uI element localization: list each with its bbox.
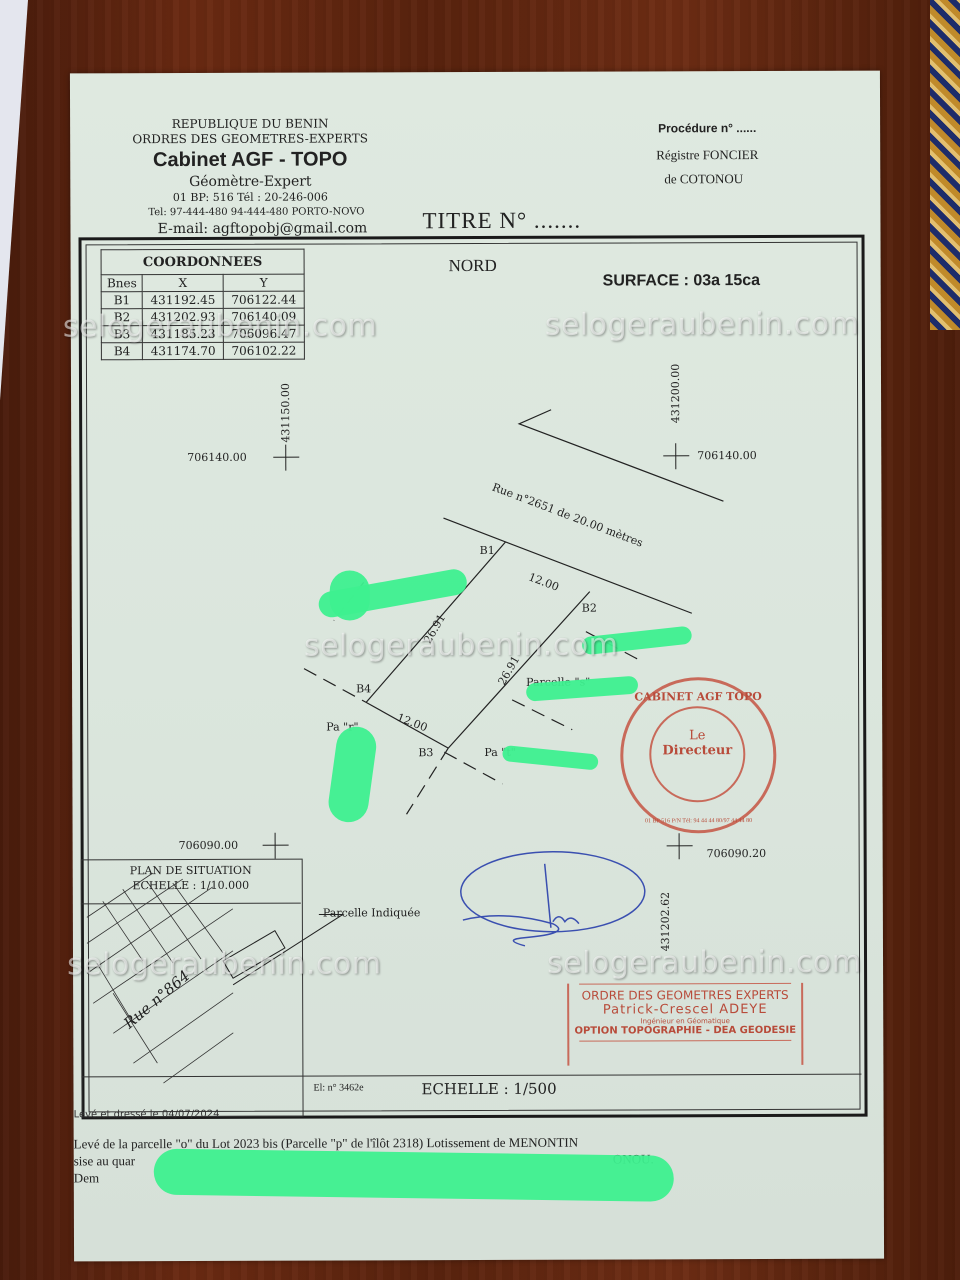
watermark: selogeraubenin.com [545,307,860,343]
redaction-mark [153,1149,674,1202]
point-label-b4: B4 [356,682,371,695]
stamp2-line: Patrick-Crescel ADEYE [569,1002,801,1018]
watermark: selogeraubenin.com [63,308,378,344]
desc-line: sise au quar [74,1152,135,1169]
patterned-fabric [930,0,960,330]
point-label-b3: B3 [418,746,433,759]
el-number: El: n° 3462e [313,1082,363,1093]
indicated-parcel-label: Parcelle Indiquée [323,906,421,919]
stamp-center-le: Le [651,728,743,743]
director-stamp: CABINET AGF TOPO Le Directeur 01 BP 516 … [620,677,777,834]
expert-stamp: ORDRE DES GEOMETRES EXPERTS Patrick-Cres… [567,983,803,1066]
survey-document: REPUBLIQUE DU BENIN ORDRES DES GEOMETRES… [70,71,884,1262]
stamp-ring-text: CABINET AGF TOPO [623,690,773,704]
dimension-back: 12.00 [395,711,429,734]
stamp-lower-text: 01 BP 516 P/N Tél: 94 44 44 80/97 44 44 … [624,818,774,825]
point-label-b1: B1 [480,544,495,557]
situation-plan-header: PLAN DE SITUATION ECHELLE : 1/10.000 [81,859,301,905]
signature [461,851,645,946]
stamp-center-directeur: Directeur [651,743,743,758]
situation-plan-scale: ECHELLE : 1/10.000 [81,878,301,894]
redaction-mark [330,570,370,620]
street-label: Rue n°2651 de 20.00 mètres [490,481,645,550]
plan-scale: ECHELLE : 1/500 [421,1080,556,1098]
watermark: selogeraubenin.com [67,946,382,982]
point-label-b2: B2 [582,602,597,615]
dimension-front: 12.00 [527,570,561,593]
survey-date: Levé et dressé le 04/07/2024 [74,1109,220,1121]
watermark: selogeraubenin.com [304,628,619,664]
watermark: selogeraubenin.com [547,945,862,981]
situation-plan-title: PLAN DE SITUATION [81,863,301,879]
stamp2-line: OPTION TOPOGRAPHIE - DEA GEODESIE [569,1025,801,1037]
stamp2-line: ORDRE DES GEOMETRES EXPERTS [569,988,801,1003]
